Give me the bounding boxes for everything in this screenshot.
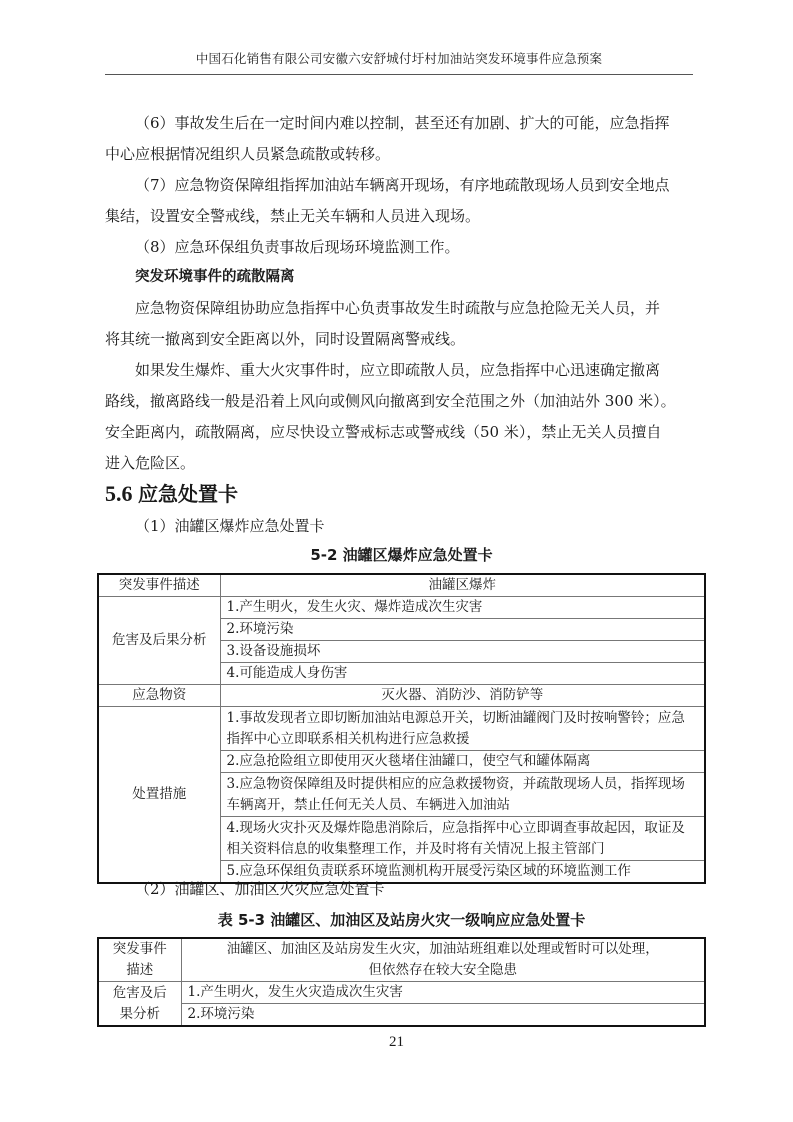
hazard-analysis-label: 危害及后果分析 [98,982,181,1027]
event-description-value: 油罐区爆炸 [220,574,705,597]
measure-item: 4.现场火灾扑灭及爆炸隐患消除后，应急指挥中心立即调查事故起因，取证及相关资料信… [220,817,705,861]
paragraph-8: （8）应急环保组负责事故后现场环境监测工作。 [105,236,693,258]
evacuation-paragraph-1-line-2: 将其统一撤离到安全距离以外，同时设置隔离警戒线。 [105,328,693,350]
event-description-label: 突发事件描述 [98,574,220,597]
emergency-card-table-2: 突发事件描述 油罐区、加油区及站房发生火灾，加油站班组难以处理或暂时可以处理， … [97,937,706,1027]
document-header: 中国石化销售有限公司安徽六安舒城付圩村加油站突发环境事件应急预案 [105,49,693,67]
event-description-label: 突发事件描述 [98,938,181,982]
table-row: 突发事件描述 油罐区爆炸 [98,574,705,597]
table-row: 危害及后果分析 1.产生明火，发生火灾造成次生灾害 [98,982,705,1004]
page-number: 21 [0,1034,793,1051]
paragraph-7-line-1: （7）应急物资保障组指挥加油站车辆离开现场，有序地疏散现场人员到安全地点 [105,174,693,196]
response-measures-label: 处置措施 [98,707,220,884]
subheading-evacuation: 突发环境事件的疏散隔离 [105,266,693,288]
card-2-caption: 表 5-3 油罐区、加油区及站房火灾一级响应应急处置卡 [97,909,706,930]
table-row: 危害及后果分析 1.产生明火，发生火灾、爆炸造成次生灾害 [98,597,705,619]
measure-item: 1.事故发现者立即切断加油站电源总开关，切断油罐阀门及时按响警铃；应急指挥中心立… [220,707,705,751]
measure-item: 2.应急抢险组立即使用灭火毯堵住油罐口，使空气和罐体隔离 [220,751,705,773]
paragraph-7-line-2: 集结，设置安全警戒线，禁止无关车辆和人员进入现场。 [105,205,693,227]
paragraph-6-line-1: （6）事故发生后在一定时间内难以控制，甚至还有加剧、扩大的可能，应急指挥 [105,112,693,134]
section-number: 5.6 [105,481,133,506]
table-row: 应急物资 灭火器、消防沙、消防铲等 [98,685,705,707]
emergency-card-table-1: 突发事件描述 油罐区爆炸 危害及后果分析 1.产生明火，发生火灾、爆炸造成次生灾… [97,573,706,884]
card-1-caption: 5-2 油罐区爆炸应急处置卡 [97,544,706,565]
section-heading: 5.6 应急处置卡 [105,478,238,507]
hazard-item: 1.产生明火，发生火灾、爆炸造成次生灾害 [220,597,705,619]
event-description-value: 油罐区、加油区及站房发生火灾，加油站班组难以处理或暂时可以处理， 但依然存在较大… [181,938,705,982]
evacuation-paragraph-2-line-3: 安全距离内，疏散隔离，应尽快设立警戒标志或警戒线（50 米），禁止无关人员擅自 [105,421,693,443]
hazard-item: 2.环境污染 [181,1004,705,1027]
section-title: 应急处置卡 [138,482,238,506]
event-description-line-2: 但依然存在较大安全隐患 [188,960,699,981]
evacuation-paragraph-2-line-2: 路线，撤离路线一般是沿着上风向或侧风向撤离到安全范围之外（加油站外 300 米）… [105,390,693,412]
measure-item: 3.应急物资保障组及时提供相应的应急救援物资，并疏散现场人员，指挥现场车辆离开，… [220,773,705,817]
hazard-item: 3.设备设施损坏 [220,641,705,663]
table-row: 2.环境污染 [98,1004,705,1027]
table-row: 突发事件描述 油罐区、加油区及站房发生火灾，加油站班组难以处理或暂时可以处理， … [98,938,705,982]
table-row: 处置措施 1.事故发现者立即切断加油站电源总开关，切断油罐阀门及时按响警铃；应急… [98,707,705,751]
hazard-item: 1.产生明火，发生火灾造成次生灾害 [181,982,705,1004]
evacuation-paragraph-1-line-1: 应急物资保障组协助应急指挥中心负责事故发生时疏散与应急抢险无关人员，并 [105,297,693,319]
header-divider [105,74,693,75]
emergency-supplies-label: 应急物资 [98,685,220,707]
emergency-supplies-value: 灭火器、消防沙、消防铲等 [220,685,705,707]
hazard-item: 4.可能造成人身伤害 [220,663,705,685]
paragraph-6-line-2: 中心应根据情况组织人员紧急疏散或转移。 [105,143,693,165]
card-2-intro: （2）油罐区、加油区火灾应急处置卡 [105,878,693,900]
event-description-line-1: 油罐区、加油区及站房发生火灾，加油站班组难以处理或暂时可以处理， [188,939,699,960]
evacuation-paragraph-2-line-1: 如果发生爆炸、重大火灾事件时，应立即疏散人员，应急指挥中心迅速确定撤离 [105,359,693,381]
hazard-analysis-label: 危害及后果分析 [98,597,220,685]
hazard-item: 2.环境污染 [220,619,705,641]
evacuation-paragraph-2-line-4: 进入危险区。 [105,452,693,474]
card-1-intro: （1）油罐区爆炸应急处置卡 [105,515,693,537]
